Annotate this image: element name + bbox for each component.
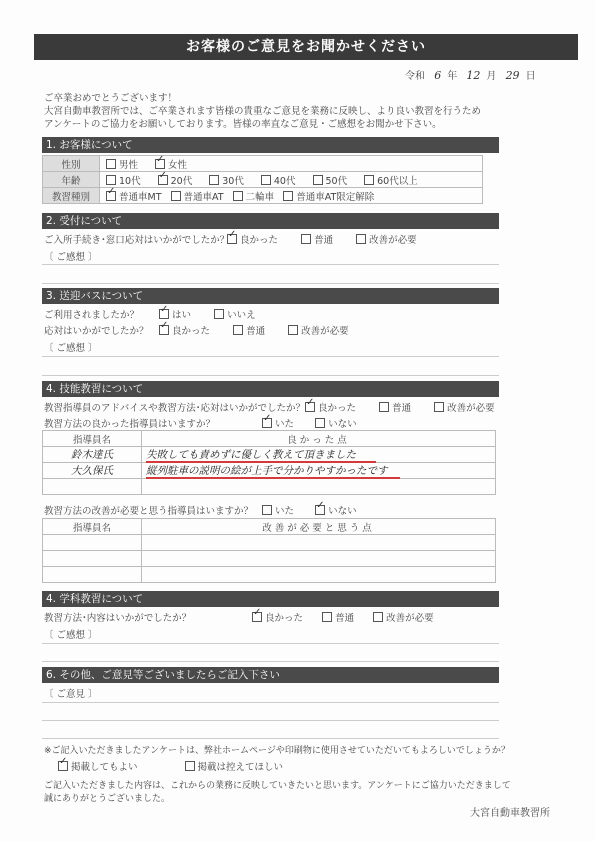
- checkbox[interactable]: [379, 402, 389, 412]
- date-month[interactable]: 12: [466, 69, 480, 82]
- good-instructor-table: 指導員名 良かった点 鈴木達氏 失敗しても責めずに優しく教えて頂きました 大久保…: [42, 430, 496, 495]
- comment-line[interactable]: [42, 661, 499, 662]
- footer-line: 誠にありがとうございました。: [44, 793, 511, 806]
- intro-line: アンケートのご協力をお願いしております。皆様の率直なご意見・ご感想をお聞かせ下さ…: [44, 118, 574, 131]
- checkbox[interactable]: [262, 505, 272, 515]
- intro-line: 大宮自動車教習所では、ご卒業されます皆様の貴重なご意見を業務に反映し、より良い教…: [44, 105, 574, 118]
- section-header-bus: 3. 送迎バスについて: [42, 288, 499, 304]
- table-header-row: 指導員名 改善が必要と思う点: [43, 519, 496, 535]
- skills-q3-row: 教習方法の改善が必要と思う指導員はいますか？ いた いない: [44, 503, 371, 517]
- checkbox-checked[interactable]: [159, 325, 169, 335]
- option-needs-improvement[interactable]: 改善が必要: [434, 400, 495, 414]
- checkbox[interactable]: [373, 612, 383, 622]
- checkbox[interactable]: [288, 325, 298, 335]
- skills-q1-row: 教習指導員のアドバイスや教習方法･応対はいかがでしたか？ 良かった 普通 改善が…: [44, 400, 509, 414]
- section-header-customer: 1. お客様について: [42, 137, 499, 153]
- question-text: ご利用されましたか？: [44, 307, 156, 321]
- section-header-reception: 2. 受付について: [42, 213, 499, 229]
- checkbox[interactable]: [233, 325, 243, 335]
- checkbox-checked[interactable]: [155, 159, 165, 169]
- checkbox-checked[interactable]: [315, 505, 325, 515]
- instructor-name-cell[interactable]: 大久保氏: [43, 463, 142, 479]
- improve-point-cell[interactable]: [142, 567, 496, 583]
- option-no[interactable]: いない: [315, 503, 357, 517]
- question-text: 教習指導員のアドバイスや教習方法･応対はいかがでしたか？: [44, 400, 302, 414]
- instructor-name-cell[interactable]: [43, 535, 142, 551]
- section-header-skills: 4. 技能教習について: [42, 381, 499, 397]
- checkbox-checked[interactable]: [262, 418, 272, 428]
- question-text: 教習方法の改善が必要と思う指導員はいますか？: [44, 503, 259, 517]
- column-header: 指導員名: [43, 519, 142, 535]
- comment-line[interactable]: [42, 283, 499, 284]
- option-male[interactable]: 男性: [106, 157, 138, 171]
- improve-point-cell[interactable]: [142, 535, 496, 551]
- date-day[interactable]: 29: [506, 69, 520, 82]
- intro-line: ご卒業おめでとうございます！: [44, 92, 574, 105]
- month-label: 月: [486, 71, 496, 82]
- date-year[interactable]: 6: [434, 69, 441, 82]
- consent-question: ※ご記入いただきましたアンケートは、弊社ホームページや印刷物に使用させていただい…: [44, 745, 510, 758]
- checkbox-checked[interactable]: [58, 761, 68, 771]
- option-no[interactable]: いいえ: [214, 307, 256, 321]
- checkbox[interactable]: [185, 761, 195, 771]
- checkbox[interactable]: [301, 234, 311, 244]
- instructor-name-cell[interactable]: [43, 551, 142, 567]
- comment-label: 〔 ご感想 〕: [44, 249, 98, 263]
- section-header-other: 6. その他、ご意見等ございましたらご記入下さい: [42, 667, 499, 683]
- option-40s[interactable]: 40代: [261, 173, 296, 187]
- option-10s[interactable]: 10代: [106, 173, 141, 187]
- option-20s[interactable]: 20代: [158, 173, 193, 187]
- checkbox-checked[interactable]: [305, 402, 315, 412]
- option-yes[interactable]: はい: [159, 307, 191, 321]
- option-normal[interactable]: 普通: [233, 323, 265, 337]
- table-row: [43, 479, 496, 495]
- question-text: 教習方法･内容はいかがでしたか？: [44, 610, 249, 624]
- option-60s-plus[interactable]: 60代以上: [364, 173, 418, 187]
- comment-line[interactable]: [42, 738, 499, 739]
- reception-question-row: ご入所手続き･窓口応対はいかがでしたか？ 良かった 普通 改善が必要: [44, 232, 431, 246]
- option-no[interactable]: いない: [315, 416, 357, 430]
- checkbox[interactable]: [209, 175, 219, 185]
- column-header: 良かった点: [142, 431, 496, 447]
- date-field: 令和 6年 12月 29日: [405, 67, 536, 82]
- checkbox[interactable]: [171, 191, 181, 201]
- option-allow-publish[interactable]: 掲載してもよい: [58, 759, 138, 773]
- table-header-row: 指導員名 良かった点: [43, 431, 496, 447]
- option-good[interactable]: 良かった: [305, 400, 356, 414]
- intro-text: ご卒業おめでとうございます！ 大宮自動車教習所では、ご卒業されます皆様の貴重なご…: [44, 92, 574, 131]
- signature: 大宮自動車教習所: [470, 807, 550, 820]
- table-row: 性別 男性 女性: [43, 156, 483, 172]
- table-row: [43, 535, 496, 551]
- page-title: お客様のご意見をお聞かせください: [34, 34, 578, 60]
- instructor-name-cell[interactable]: 鈴木達氏: [43, 447, 142, 463]
- bus-q2-row: 応対はいかがでしたか？ 良かった 普通 改善が必要: [44, 323, 363, 337]
- table-row: 大久保氏 縦列駐車の説明の絵が上手で分かりやすかったです: [43, 463, 496, 479]
- question-text: ご入所手続き･窓口応対はいかがでしたか？: [44, 232, 224, 246]
- comment-line[interactable]: [42, 356, 499, 357]
- question-text: 応対はいかがでしたか？: [44, 323, 156, 337]
- option-at[interactable]: 普通車AT: [171, 189, 224, 203]
- comment-line[interactable]: [42, 375, 499, 376]
- table-row: [43, 567, 496, 583]
- comment-line[interactable]: [42, 720, 499, 721]
- option-yes[interactable]: いた: [262, 503, 294, 517]
- improve-point-cell[interactable]: [142, 551, 496, 567]
- checkbox-checked[interactable]: [158, 175, 168, 185]
- date-era: 令和: [405, 71, 425, 82]
- option-mt[interactable]: 普通車MT: [106, 189, 162, 203]
- consent-options: 掲載してもよい 掲載は控えてほしい: [58, 759, 297, 773]
- table-row: 教習種別 普通車MT 普通車AT 二輪車 普通車AT限定解除: [43, 188, 483, 204]
- comment-line[interactable]: [42, 702, 499, 703]
- option-good[interactable]: 良かった: [252, 610, 303, 624]
- option-normal[interactable]: 普通: [379, 400, 411, 414]
- checkbox[interactable]: [364, 175, 374, 185]
- checkbox[interactable]: [261, 175, 271, 185]
- checkbox-checked[interactable]: [159, 309, 169, 319]
- option-50s[interactable]: 50代: [313, 173, 348, 187]
- column-header: 改善が必要と思う点: [142, 519, 496, 535]
- option-30s[interactable]: 30代: [209, 173, 244, 187]
- row-label: 年齢: [43, 172, 100, 188]
- day-label: 日: [526, 71, 536, 82]
- section-header-academic: 4. 学科教習について: [42, 591, 499, 607]
- checkbox-checked[interactable]: [106, 191, 116, 201]
- year-label: 年: [447, 71, 457, 82]
- checkbox[interactable]: [356, 234, 366, 244]
- table-row: [43, 551, 496, 567]
- improve-instructor-table: 指導員名 改善が必要と思う点: [42, 518, 496, 583]
- option-female[interactable]: 女性: [155, 157, 187, 171]
- good-point-cell[interactable]: 失敗しても責めずに優しく教えて頂きました: [142, 447, 496, 463]
- option-decline-publish[interactable]: 掲載は控えてほしい: [185, 759, 284, 773]
- option-needs-improvement[interactable]: 改善が必要: [288, 323, 349, 337]
- checkbox[interactable]: [214, 309, 224, 319]
- option-at-release[interactable]: 普通車AT限定解除: [283, 189, 374, 203]
- instructor-name-cell[interactable]: [43, 479, 142, 495]
- option-needs-improvement[interactable]: 改善が必要: [373, 610, 434, 624]
- checkbox[interactable]: [434, 402, 444, 412]
- checkbox[interactable]: [313, 175, 323, 185]
- good-point-cell[interactable]: 縦列駐車の説明の絵が上手で分かりやすかったです: [142, 463, 496, 479]
- checkbox[interactable]: [233, 191, 243, 201]
- checkbox-checked[interactable]: [252, 612, 262, 622]
- option-normal[interactable]: 普通: [322, 610, 354, 624]
- good-point-cell[interactable]: [142, 479, 496, 495]
- comment-line[interactable]: [42, 643, 499, 644]
- checkbox[interactable]: [315, 418, 325, 428]
- footer-line: ご記入いただきました内容は、これからの業務に反映していきたいと思います。アンケー…: [44, 780, 511, 793]
- instructor-name-cell[interactable]: [43, 567, 142, 583]
- customer-info-table: 性別 男性 女性 年齢 10代 20代 30代 40代 50代 60代以上 教習…: [42, 155, 483, 204]
- question-text: 教習方法の良かった指導員はいますか？: [44, 416, 259, 430]
- checkbox[interactable]: [106, 175, 116, 185]
- option-needs-improvement[interactable]: 改善が必要: [356, 232, 417, 246]
- row-label: 性別: [43, 156, 100, 172]
- comment-label: 〔 ご意見 〕: [44, 686, 98, 700]
- table-row: 鈴木達氏 失敗しても責めずに優しく教えて頂きました: [43, 447, 496, 463]
- option-good[interactable]: 良かった: [159, 323, 210, 337]
- comment-label: 〔 ご感想 〕: [44, 340, 98, 354]
- checkbox-checked[interactable]: [227, 234, 237, 244]
- column-header: 指導員名: [43, 431, 142, 447]
- checkbox[interactable]: [322, 612, 332, 622]
- bus-q1-row: ご利用されましたか？ はい いいえ: [44, 307, 270, 321]
- option-motorcycle[interactable]: 二輪車: [233, 189, 275, 203]
- option-yes[interactable]: いた: [262, 416, 294, 430]
- skills-q2-row: 教習方法の良かった指導員はいますか？ いた いない: [44, 416, 371, 430]
- option-normal[interactable]: 普通: [301, 232, 333, 246]
- academic-question-row: 教習方法･内容はいかがでしたか？ 良かった 普通 改善が必要: [44, 610, 448, 624]
- comment-line[interactable]: [42, 264, 499, 265]
- thank-you-text: ご記入いただきました内容は、これからの業務に反映していきたいと思います。アンケー…: [44, 780, 511, 806]
- row-label: 教習種別: [43, 188, 100, 204]
- checkbox[interactable]: [106, 159, 116, 169]
- comment-label: 〔 ご感想 〕: [44, 627, 98, 641]
- checkbox[interactable]: [283, 191, 293, 201]
- option-good[interactable]: 良かった: [227, 232, 278, 246]
